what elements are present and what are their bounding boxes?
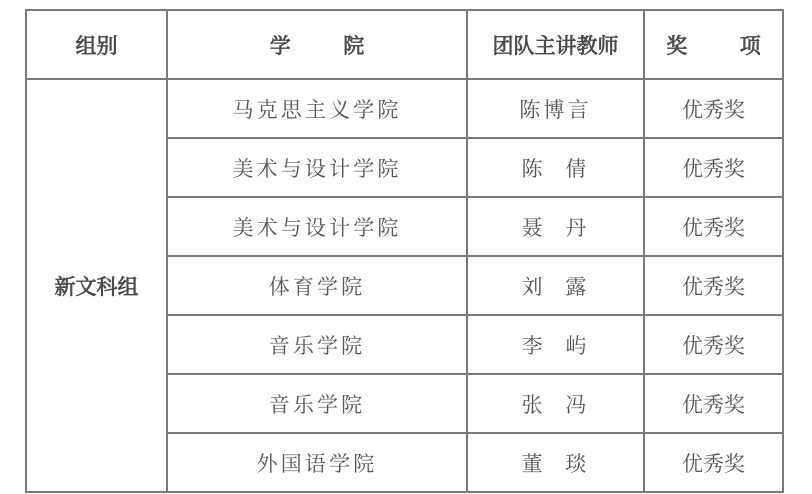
teacher-cell: 张 冯	[467, 374, 644, 433]
teacher-cell: 陈 倩	[467, 138, 644, 197]
award-cell: 优秀奖	[644, 79, 783, 138]
college-cell: 音乐学院	[167, 315, 467, 374]
award-cell: 优秀奖	[644, 256, 783, 315]
header-group: 组别	[26, 10, 167, 79]
college-cell: 音乐学院	[167, 374, 467, 433]
group-cell: 新文科组	[26, 79, 167, 492]
table-row: 新文科组 马克思主义学院 陈博言 优秀奖	[26, 79, 783, 138]
award-table: 组别 学 院 团队主讲教师 奖 项 新文科组 马克思主义学院 陈博言 优秀奖 美…	[25, 9, 784, 493]
award-cell: 优秀奖	[644, 315, 783, 374]
award-cell: 优秀奖	[644, 374, 783, 433]
college-cell: 马克思主义学院	[167, 79, 467, 138]
college-cell: 外国语学院	[167, 433, 467, 492]
header-teacher: 团队主讲教师	[467, 10, 644, 79]
award-cell: 优秀奖	[644, 197, 783, 256]
college-cell: 美术与设计学院	[167, 138, 467, 197]
header-award: 奖 项	[644, 10, 783, 79]
teacher-cell: 刘 露	[467, 256, 644, 315]
teacher-cell: 陈博言	[467, 79, 644, 138]
header-college: 学 院	[167, 10, 467, 79]
teacher-cell: 聂 丹	[467, 197, 644, 256]
teacher-cell: 董 琰	[467, 433, 644, 492]
college-cell: 美术与设计学院	[167, 197, 467, 256]
college-cell: 体育学院	[167, 256, 467, 315]
teacher-cell: 李 屿	[467, 315, 644, 374]
award-cell: 优秀奖	[644, 138, 783, 197]
award-cell: 优秀奖	[644, 433, 783, 492]
header-row: 组别 学 院 团队主讲教师 奖 项	[26, 10, 783, 79]
